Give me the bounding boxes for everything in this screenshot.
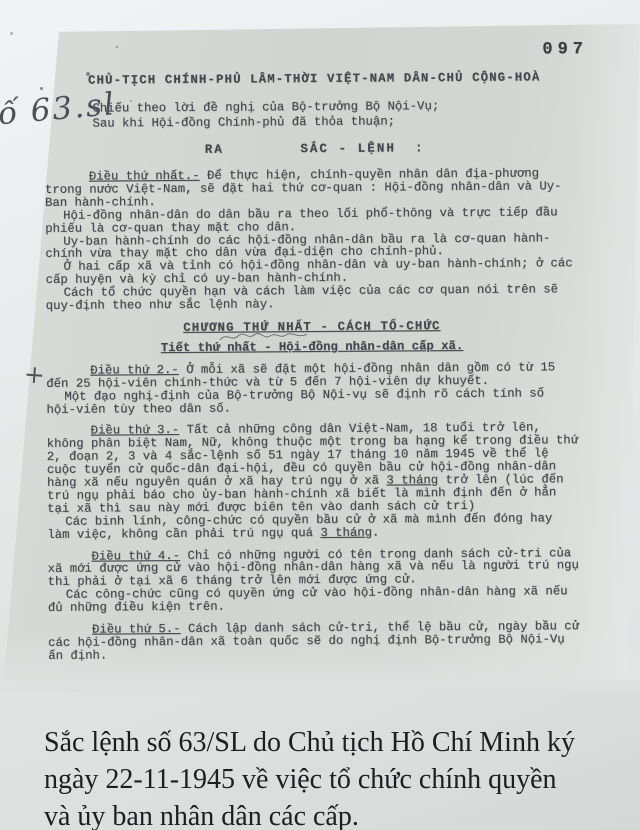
- ink-speck: [10, 32, 13, 35]
- photo-caption: Sắc lệnh số 63/SL do Chủ tịch Hồ Chí Min…: [44, 724, 604, 830]
- decree-title: CHỦ-TỊCH CHÍNH-PHỦ LÂM-THỜI VIỆT-NAM DÂN…: [38, 70, 590, 88]
- handwritten-annotation-squiggle: [218, 330, 310, 344]
- caption-line: ngày 22-11-1945 về việc tổ chức chính qu…: [44, 761, 604, 798]
- underlined-phrase: 3 tháng: [320, 525, 372, 539]
- decree-body: Điều thứ nhất.- Để thực hiện, chính-quyề…: [45, 167, 580, 663]
- decree-heading: CHƯƠNG THỨ NHẤT - CÁCH TỔ-CHỨC: [46, 319, 578, 336]
- article-lead: Điều thứ 2.-: [90, 363, 179, 378]
- article-lead: Điều thứ 3.-: [91, 423, 180, 438]
- article-lead: Điều thứ nhất.-: [89, 169, 200, 184]
- ink-speck: [40, 87, 43, 90]
- ink-speck: [116, 46, 118, 48]
- page: { "page": { "page_number": "097", "handw…: [0, 0, 640, 830]
- ink-speck: [86, 72, 90, 76]
- ink-speck: [130, 100, 132, 102]
- decree-paragraph: Điều thứ nhất.- Để thực hiện, chính-quyề…: [45, 167, 577, 209]
- decree-paragraph: Điều thứ 4.- Chỉ có những người có tên t…: [47, 547, 579, 589]
- decree-document: 097 CHỦ-TỊCH CHÍNH-PHỦ LÂM-THỜI VIỆT-NAM…: [38, 24, 594, 663]
- article-lead: Điều thứ 4.-: [91, 549, 180, 564]
- article-lead: Điều thứ 5.-: [92, 622, 181, 637]
- decree-paragraph: Điều thứ 5.- Cách lập danh sách cử-tri, …: [48, 620, 580, 662]
- decree-paragraph: Các công-chức cũng có quyền ứng cử vào h…: [48, 585, 580, 615]
- decree-preamble: Chiếu theo lời đề nghị của Bộ-trưởng Bộ …: [92, 98, 590, 130]
- decree-paragraph: Điều thứ 3.- Tất cả những công dân Việt-…: [47, 422, 580, 516]
- decree-subheading: Tiết thứ nhất - Hội-đồng nhân-dân cấp xã…: [46, 339, 578, 356]
- decree-paragraph: Một đạo nghị-định của Bộ-trưởng Bộ Nội-v…: [46, 387, 578, 417]
- underlined-phrase: 3 tháng: [386, 473, 438, 487]
- preamble-line: Sau khi Hội-đồng Chính-phủ đã thỏa thuận…: [92, 113, 590, 131]
- caption-line: và ủy ban nhân dân các cấp.: [44, 798, 604, 830]
- decree-paragraph: Các binh lính, công-chức có quyền bầu cử…: [47, 512, 579, 542]
- caption-line: Sắc lệnh số 63/SL do Chủ tịch Hồ Chí Min…: [44, 724, 604, 761]
- page-number: 097: [542, 40, 588, 59]
- handwritten-cross-mark: +: [23, 359, 46, 389]
- enacting-line: RA SẮC - LỆNH :: [39, 140, 591, 158]
- decree-paragraph: Cách tổ chức quyền hạn và cách làm việc …: [46, 283, 578, 313]
